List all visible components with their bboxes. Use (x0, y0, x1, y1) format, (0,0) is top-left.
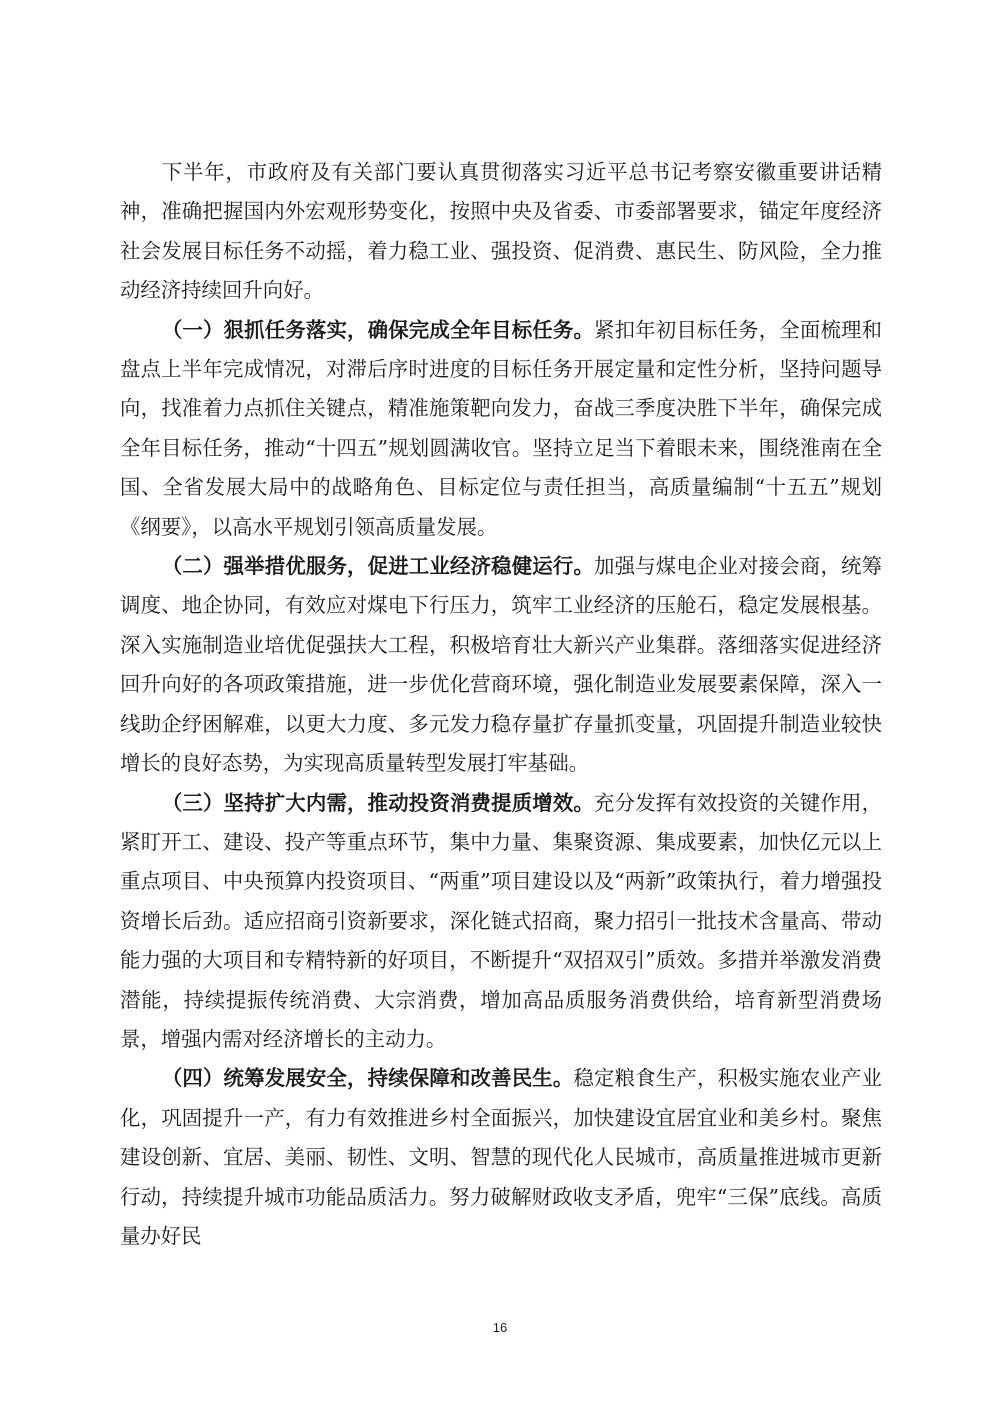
paragraph-industrial-economy: （二）强举措优服务，促进工业经济稳健运行。加强与煤电企业对接会商，统筹调度、地企… (120, 547, 882, 783)
paragraph-body: 下半年，市政府及有关部门要认真贯彻落实习近平总书记考察安徽重要讲话精神，准确把握… (120, 160, 882, 302)
paragraph-intro: 下半年，市政府及有关部门要认真贯彻落实习近平总书记考察安徽重要讲话精神，准确把握… (120, 153, 882, 311)
paragraph-heading: （二）强举措优服务，促进工业经济稳健运行。 (162, 554, 594, 578)
document-page: 下半年，市政府及有关部门要认真贯彻落实习近平总书记考察安徽重要讲话精神，准确把握… (120, 153, 882, 1256)
paragraph-task-implementation: （一）狠抓任务落实，确保完成全年目标任务。紧扣年初目标任务，全面梳理和盘点上半年… (120, 311, 882, 547)
paragraph-body: 加强与煤电企业对接会商，统筹调度、地企协同，有效应对煤电下行压力，筑牢工业经济的… (120, 554, 882, 775)
paragraph-heading: （一）狠抓任务落实，确保完成全年目标任务。 (162, 318, 594, 342)
paragraph-heading: （三）坚持扩大内需，推动投资消费提质增效。 (162, 791, 594, 815)
page-number: 16 (0, 1320, 1000, 1335)
paragraph-livelihood: （四）统筹发展安全，持续保障和改善民生。稳定粮食生产，积极实施农业产业化，巩固提… (120, 1059, 882, 1256)
paragraph-heading: （四）统筹发展安全，持续保障和改善民生。 (162, 1066, 574, 1090)
paragraph-body: 紧扣年初目标任务，全面梳理和盘点上半年完成情况，对滞后序时进度的目标任务开展定量… (120, 318, 882, 539)
paragraph-body: 充分发挥有效投资的关键作用，紧盯开工、建设、投产等重点环节，集中力量、集聚资源、… (120, 791, 882, 1051)
paragraph-body: 稳定粮食生产，积极实施农业产业化，巩固提升一产，有力有效推进乡村全面振兴，加快建… (120, 1066, 882, 1248)
paragraph-domestic-demand: （三）坚持扩大内需，推动投资消费提质增效。充分发挥有效投资的关键作用，紧盯开工、… (120, 784, 882, 1060)
